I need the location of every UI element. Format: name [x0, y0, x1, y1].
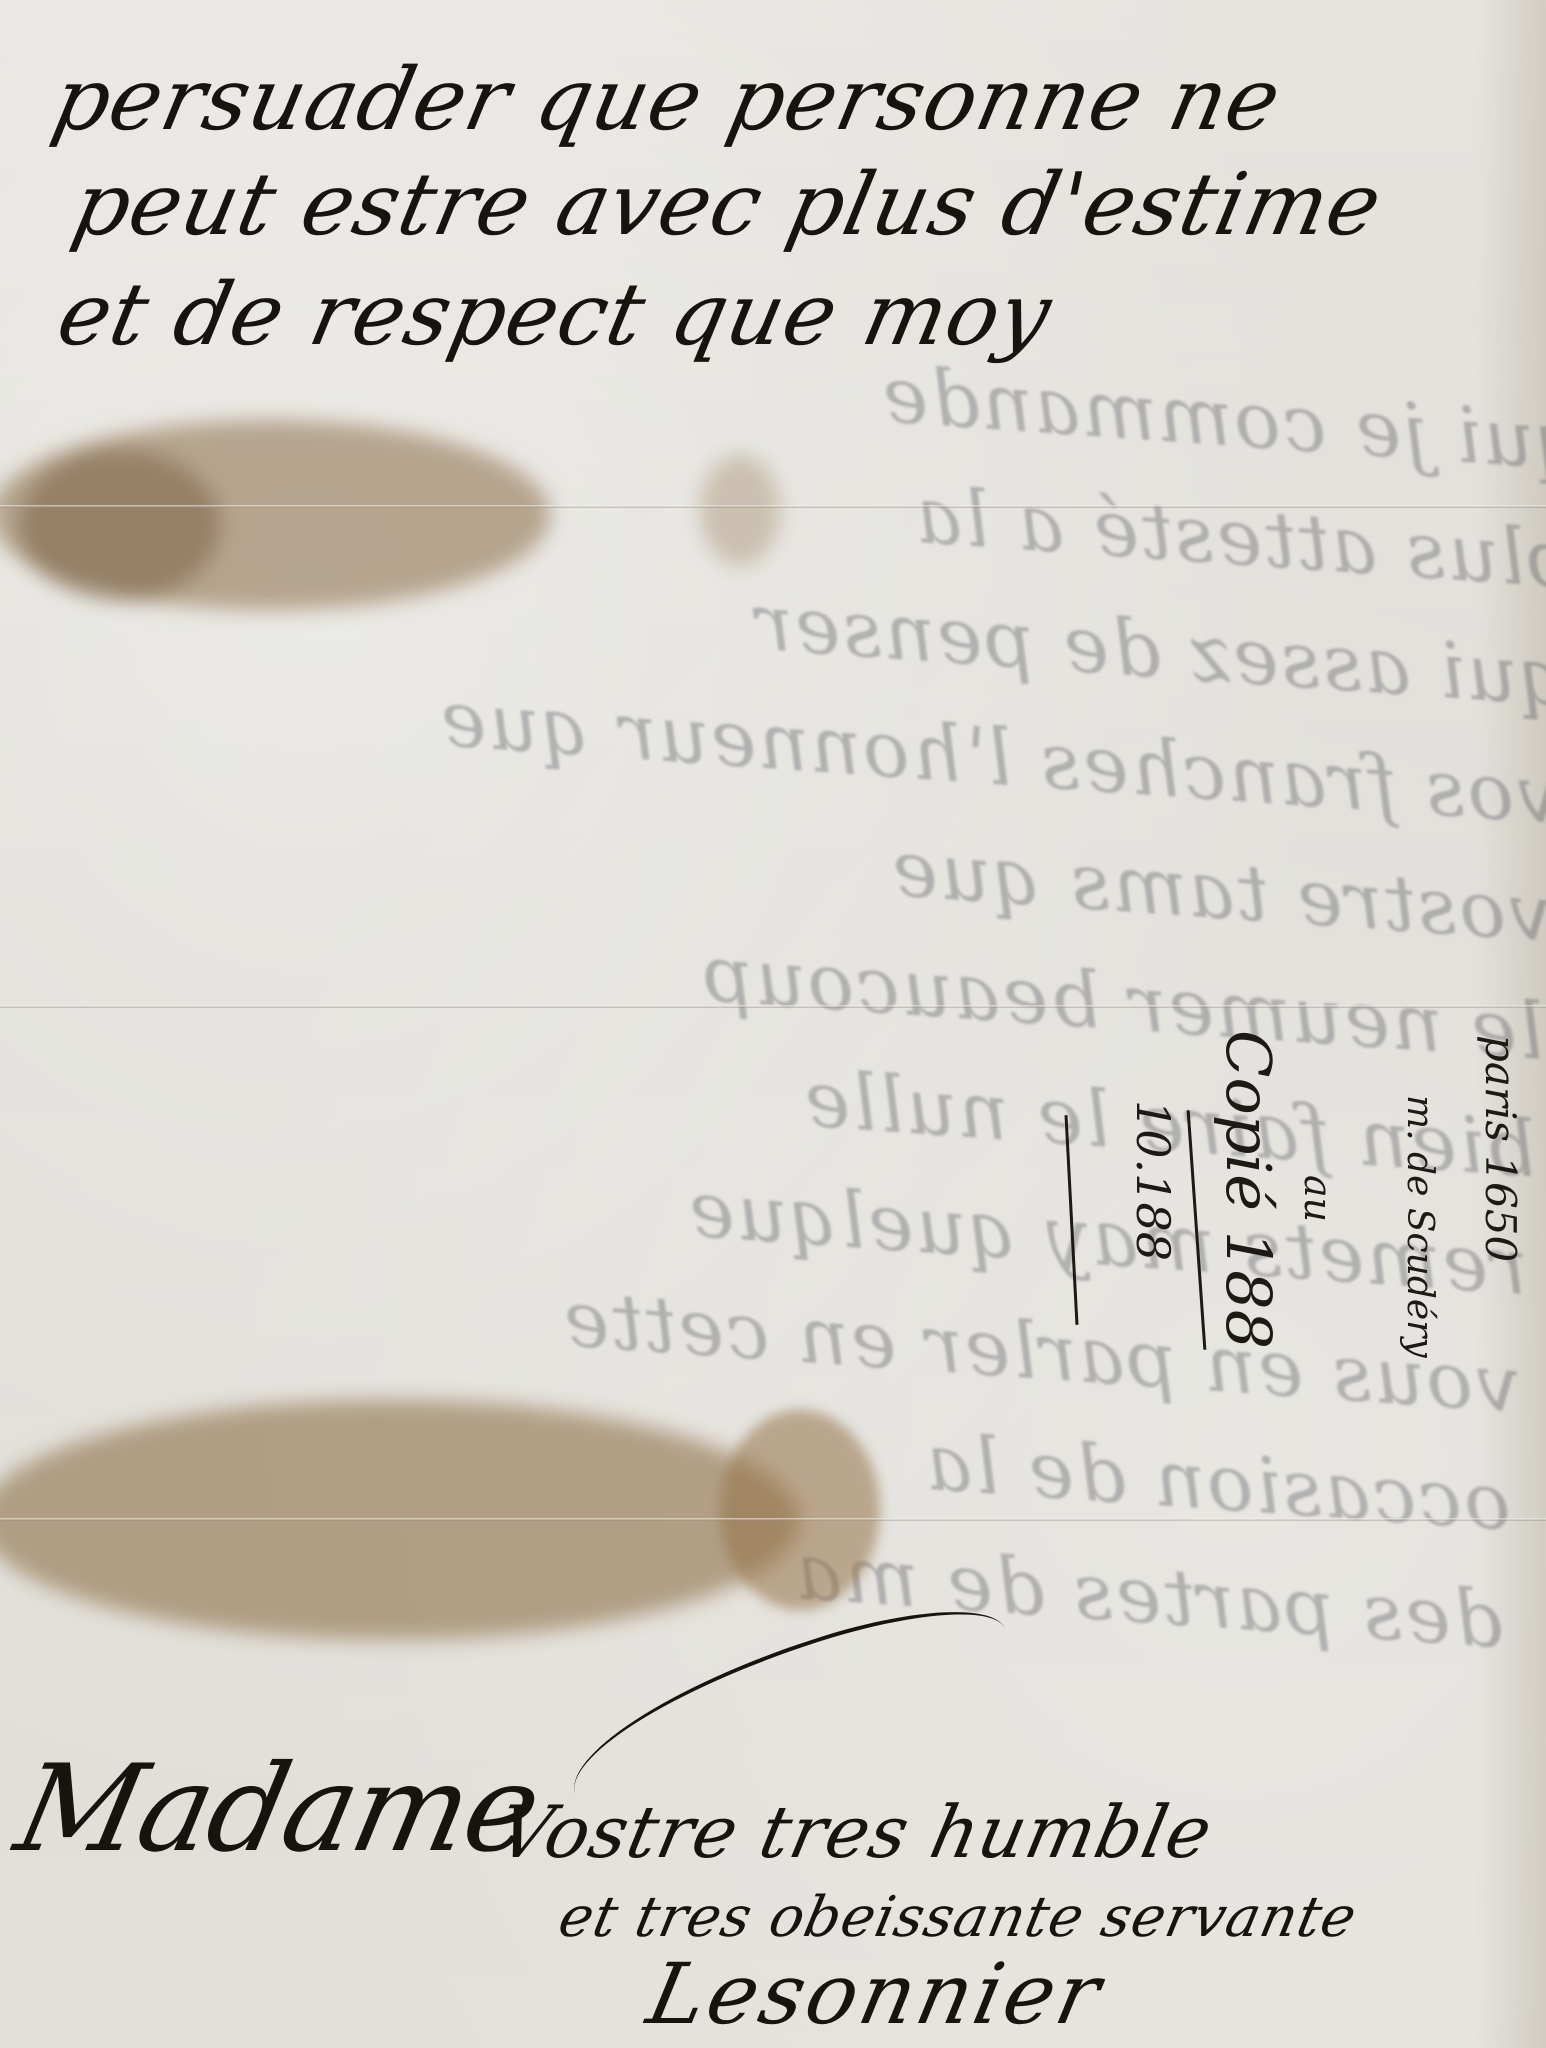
closing-salutation: Madame [5, 1740, 550, 1879]
closing-line-2: et tres obeissante servante [553, 1885, 1363, 1950]
archival-au: au [1296, 1175, 1340, 1222]
water-stain-upper-dark [20, 450, 220, 600]
fold-line [0, 505, 1546, 508]
archival-place-date: paris 1650 [1476, 1035, 1525, 1262]
signature: Lesonnier [640, 1945, 1112, 2043]
water-stain-lower-blot [720, 1410, 880, 1610]
fold-line [0, 1518, 1546, 1521]
closing-line-1: Vostre tres humble [491, 1790, 1220, 1874]
letter-line-3: et de respect que moy [49, 265, 1060, 365]
fold-line [0, 1005, 1546, 1008]
letter-line-2: peut estre avec plus d'estime [64, 155, 1390, 255]
letter-page: qui je commande plus attesté a la qui as… [0, 0, 1546, 2048]
archival-recipient-note: m. de Scudéry [1399, 1095, 1440, 1358]
letter-line-1: persuader que personne ne [44, 50, 1289, 150]
archival-number: 10.188 [1126, 1100, 1180, 1261]
water-stain-upper-small [700, 455, 780, 565]
archival-copie: Copié 188 [1212, 1030, 1285, 1349]
